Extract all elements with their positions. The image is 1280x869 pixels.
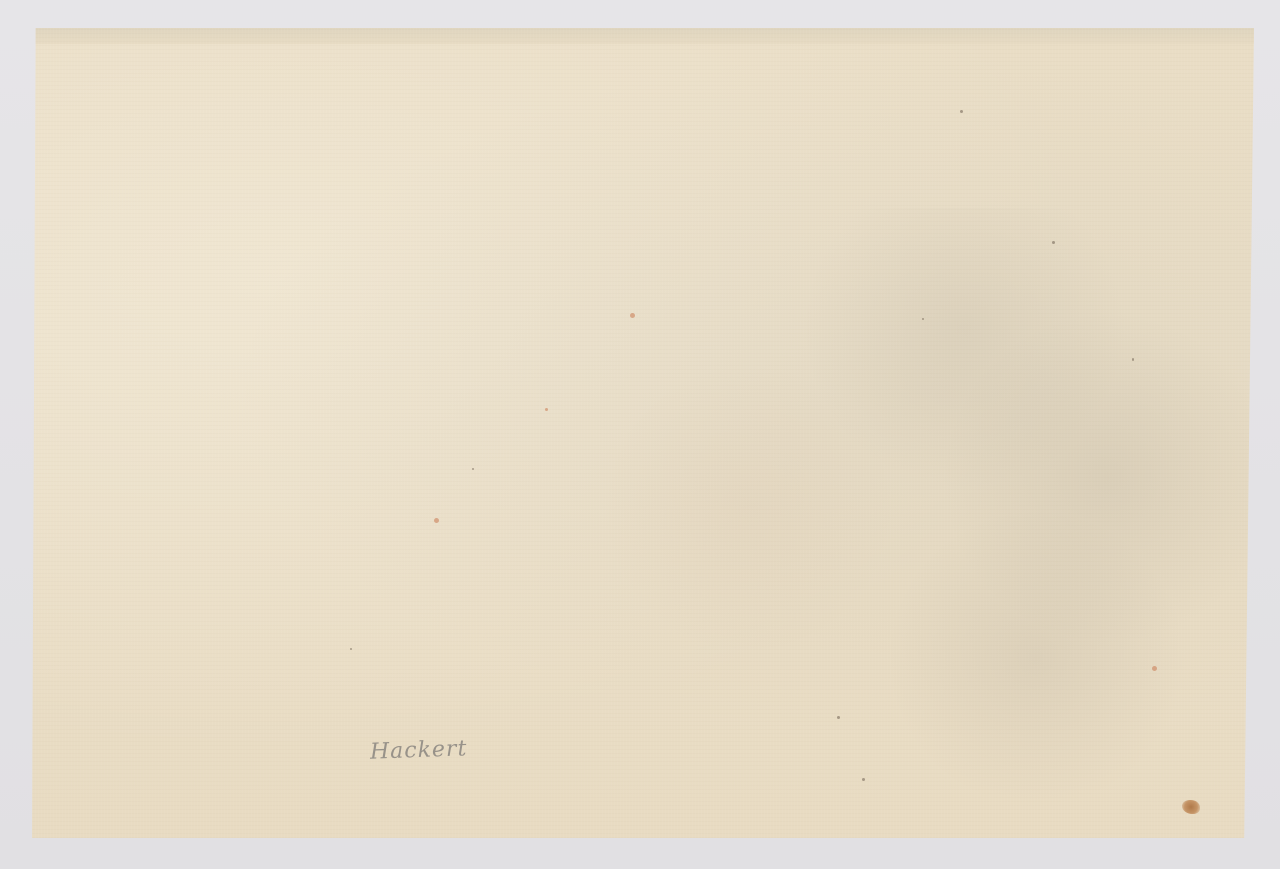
speck <box>472 468 474 470</box>
speck <box>1052 241 1055 244</box>
ink-show-through <box>532 208 1252 808</box>
speck <box>1132 358 1134 361</box>
rust-spot <box>630 313 635 318</box>
foxing-stain <box>1182 800 1200 814</box>
paper-sheet <box>32 28 1254 838</box>
rust-spot <box>434 518 439 523</box>
speck <box>960 110 963 113</box>
rust-spot <box>1152 666 1157 671</box>
speck <box>922 318 924 320</box>
rust-spot <box>545 408 548 411</box>
speck <box>837 716 840 719</box>
speck <box>862 778 865 781</box>
speck <box>350 648 352 650</box>
pencil-inscription: Hackert <box>370 736 468 764</box>
